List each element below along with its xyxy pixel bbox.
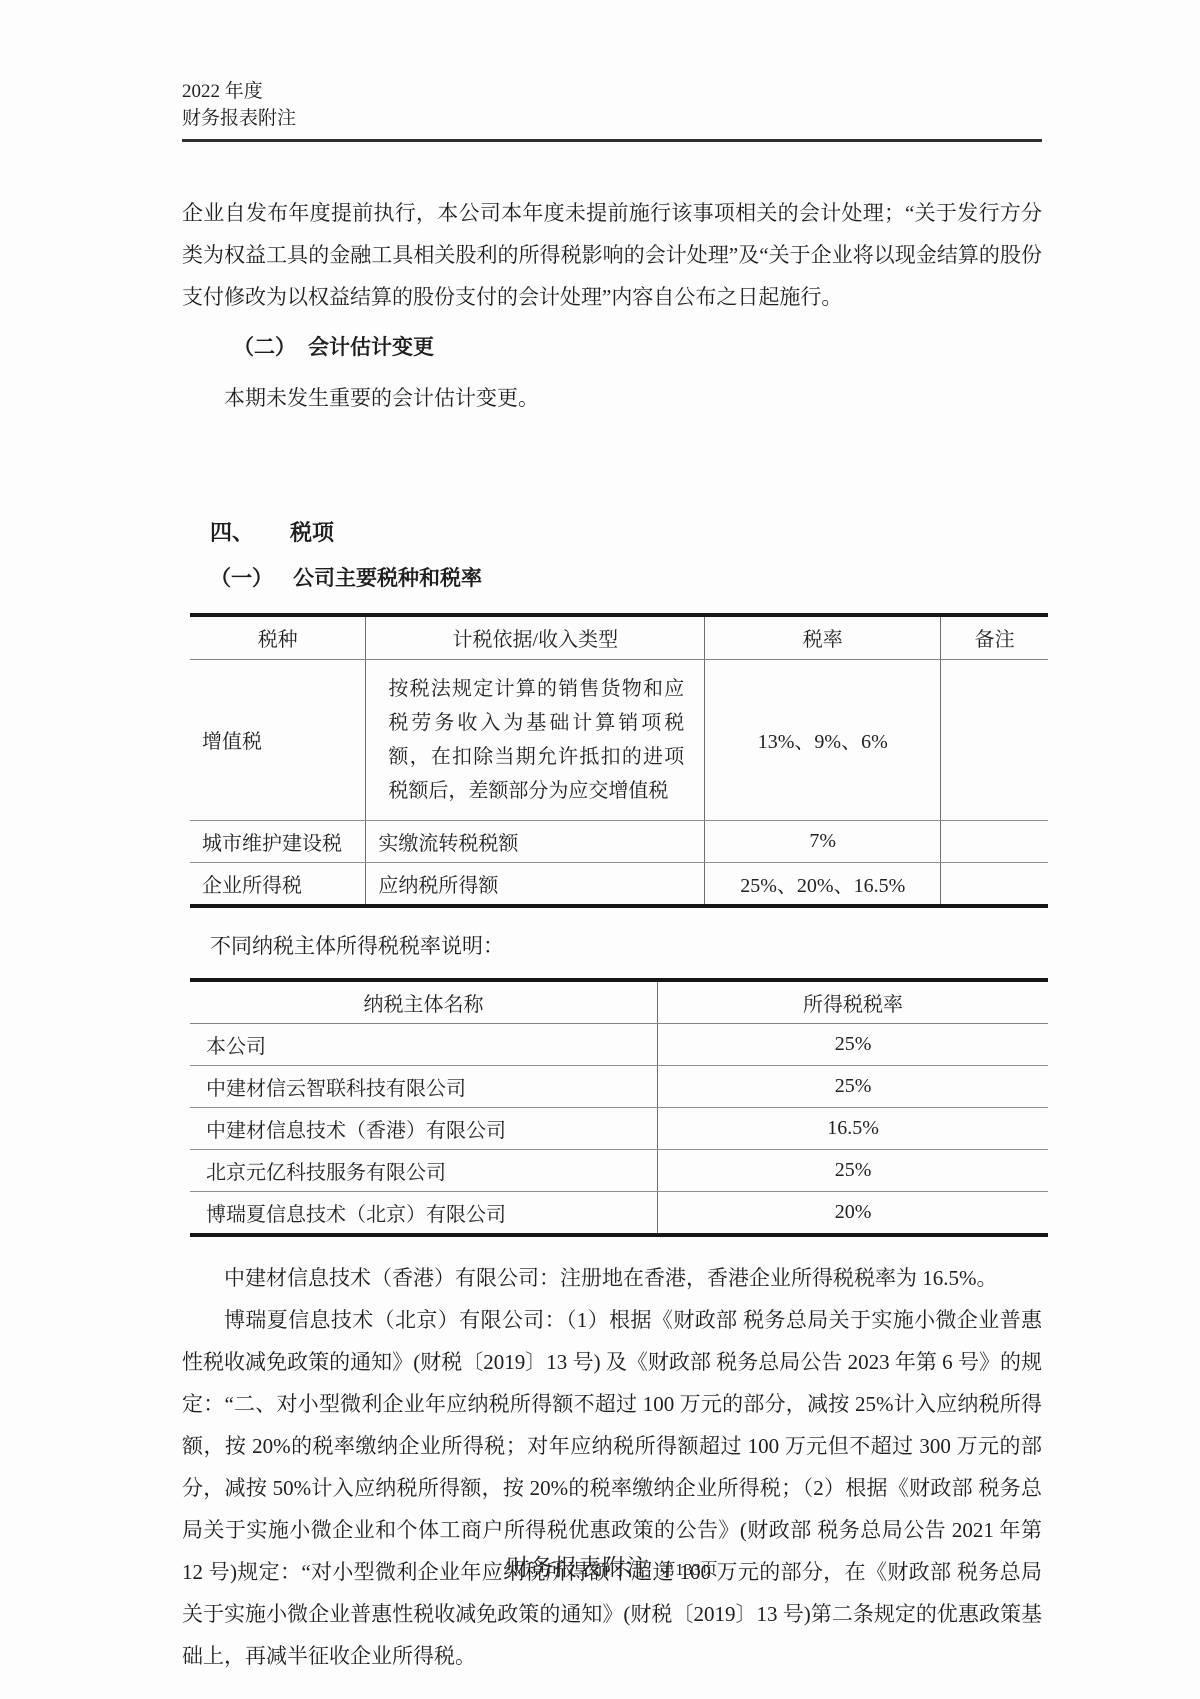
table-row-urban-construction-tax: 城市维护建设税 实缴流转税税额 7% bbox=[190, 820, 1048, 862]
cell-entity-name: 博瑞夏信息技术（北京）有限公司 bbox=[190, 1192, 658, 1236]
cell-tax-type: 增值税 bbox=[190, 659, 366, 820]
cell-tax-rate: 13%、9%、6% bbox=[705, 659, 941, 820]
table-row-hongkong: 中建材信息技术（香港）有限公司 16.5% bbox=[190, 1108, 1048, 1150]
cell-tax-rate: 25%、20%、16.5% bbox=[705, 862, 941, 906]
col-header-entity-name: 纳税主体名称 bbox=[190, 980, 658, 1024]
heading-text: 税项 bbox=[290, 520, 334, 545]
table-row-yuanyi: 北京元亿科技服务有限公司 25% bbox=[190, 1150, 1048, 1192]
running-header: 2022 年度 财务报表附注 bbox=[182, 0, 1042, 142]
heading-number: 四、 bbox=[210, 520, 254, 545]
heading-number: （二） bbox=[233, 336, 296, 359]
col-header-tax-type: 税种 bbox=[190, 615, 366, 659]
cell-tax-rate: 7% bbox=[705, 820, 941, 862]
heading-section-tax: 四、税项 bbox=[182, 513, 1042, 553]
heading-text: 会计估计变更 bbox=[308, 336, 434, 359]
paragraph-estimate-change: 本期未发生重要的会计估计变更。 bbox=[182, 377, 1042, 419]
table-row-boruixia: 博瑞夏信息技术（北京）有限公司 20% bbox=[190, 1192, 1048, 1236]
table-row-xinyun: 中建材信云智联科技有限公司 25% bbox=[190, 1066, 1048, 1108]
content-column: 2022 年度 财务报表附注 企业自发布年度提前执行，本公司本年度未提前施行该事… bbox=[182, 0, 1042, 1677]
main-tax-table: 税种 计税依据/收入类型 税率 备注 增值税 按税法规定计算的销售货物和应税劳务… bbox=[190, 613, 1048, 908]
footer-doc-title: 财务报表附注 bbox=[506, 1555, 650, 1580]
heading-number: （一） bbox=[210, 567, 273, 590]
cell-tax-type: 城市维护建设税 bbox=[190, 820, 366, 862]
footer-page-number: 第133页 bbox=[658, 1560, 718, 1579]
cell-remark bbox=[941, 862, 1048, 906]
col-header-income-tax-rate: 所得税税率 bbox=[658, 980, 1048, 1024]
header-doc-title: 财务报表附注 bbox=[182, 105, 1042, 132]
entity-rate-table: 纳税主体名称 所得税税率 本公司 25% 中建材信云智联科技有限公司 25% 中… bbox=[190, 978, 1048, 1238]
heading-text: 公司主要税种和税率 bbox=[293, 567, 482, 590]
paragraph-hongkong-rate: 中建材信息技术（香港）有限公司：注册地在香港，香港企业所得税税率为 16.5%。 bbox=[182, 1257, 1042, 1299]
cell-remark bbox=[941, 820, 1048, 862]
paragraph-boruixia-policy: 博瑞夏信息技术（北京）有限公司：（1）根据《财政部 税务总局关于实施小微企业普惠… bbox=[182, 1299, 1042, 1677]
cell-tax-type: 企业所得税 bbox=[190, 862, 366, 906]
cell-entity-rate: 25% bbox=[658, 1024, 1048, 1066]
cell-entity-rate: 25% bbox=[658, 1150, 1048, 1192]
heading-main-taxes: （一）公司主要税种和税率 bbox=[182, 559, 1042, 599]
heading-accounting-estimate-change: （二）会计估计变更 bbox=[182, 327, 1042, 369]
tax-table-header-row: 税种 计税依据/收入类型 税率 备注 bbox=[190, 615, 1048, 659]
table-row-vat: 增值税 按税法规定计算的销售货物和应税劳务收入为基础计算销项税额，在扣除当期允许… bbox=[190, 659, 1048, 820]
paragraph-accounting-treatment: 企业自发布年度提前执行，本公司本年度未提前施行该事项相关的会计处理；“关于发行方… bbox=[182, 192, 1042, 318]
cell-entity-rate: 20% bbox=[658, 1192, 1048, 1236]
entity-table-header-row: 纳税主体名称 所得税税率 bbox=[190, 980, 1048, 1024]
cell-entity-rate: 16.5% bbox=[658, 1108, 1048, 1150]
document-page: 2022 年度 财务报表附注 企业自发布年度提前执行，本公司本年度未提前施行该事… bbox=[0, 0, 1200, 1699]
table-row-parent-company: 本公司 25% bbox=[190, 1024, 1048, 1066]
col-header-remark: 备注 bbox=[941, 615, 1048, 659]
header-year: 2022 年度 bbox=[182, 78, 1042, 105]
cell-entity-name: 北京元亿科技服务有限公司 bbox=[190, 1150, 658, 1192]
table-row-corporate-income-tax: 企业所得税 应纳税所得额 25%、20%、16.5% bbox=[190, 862, 1048, 906]
cell-entity-name: 中建材信息技术（香港）有限公司 bbox=[190, 1108, 658, 1150]
cell-entity-rate: 25% bbox=[658, 1066, 1048, 1108]
cell-remark bbox=[941, 659, 1048, 820]
col-header-tax-basis: 计税依据/收入类型 bbox=[366, 615, 705, 659]
cell-tax-basis: 按税法规定计算的销售货物和应税劳务收入为基础计算销项税额，在扣除当期允许抵扣的进… bbox=[366, 659, 705, 820]
col-header-tax-rate: 税率 bbox=[705, 615, 941, 659]
page-footer: 财务报表附注第133页 bbox=[182, 1549, 1042, 1582]
cell-tax-basis: 实缴流转税税额 bbox=[366, 820, 705, 862]
entity-rate-caption: 不同纳税主体所得税税率说明： bbox=[182, 926, 1042, 966]
cell-entity-name: 本公司 bbox=[190, 1024, 658, 1066]
cell-tax-basis: 应纳税所得额 bbox=[366, 862, 705, 906]
cell-entity-name: 中建材信云智联科技有限公司 bbox=[190, 1066, 658, 1108]
